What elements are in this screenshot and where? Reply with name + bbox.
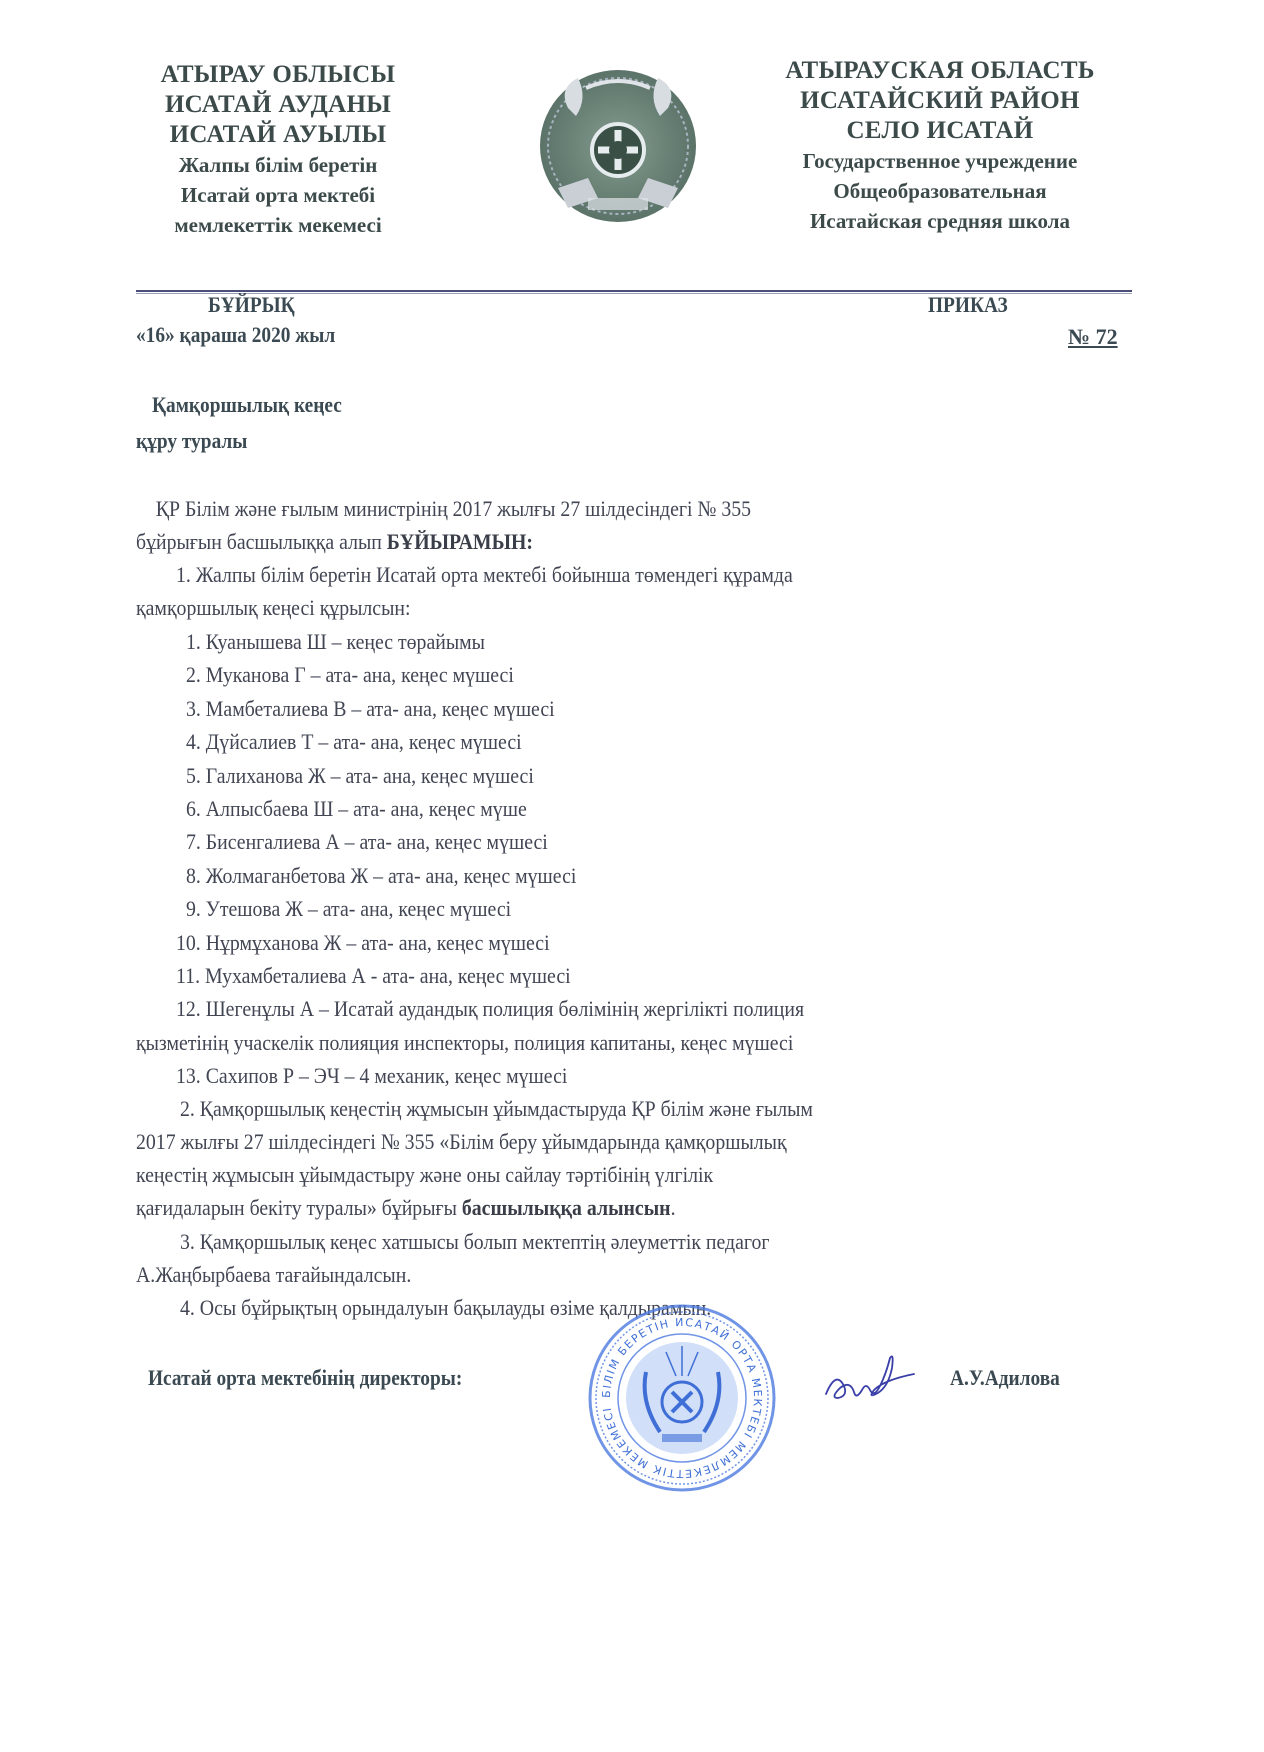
members-list: 1. Куанышева Ш – кеңес төрайымы 2. Мукан… (186, 625, 874, 1093)
org-line3-ru: Исатайская средняя школа (740, 206, 1140, 236)
district-kz: ИСАТАЙ АУДАНЫ (118, 90, 438, 120)
org-line3-kz: мемлекеттік мекемесі (118, 210, 438, 240)
item-1-text: 1. Жалпы білім беретін Исатай орта мекте… (176, 558, 793, 591)
list-item: 1. Куанышева Ш – кеңес төрайымы (186, 625, 874, 658)
org-line2-kz: Исатай орта мектебі (118, 180, 438, 210)
item-3-text-1: 3. Қамқоршылық кеңес хатшысы болып мекте… (180, 1225, 770, 1258)
item-1-text-2: қамқоршылық кеңесі құрылсын: (136, 591, 410, 624)
item-1-line-2: қамқоршылық кеңесі құрылсын: (136, 591, 1166, 624)
director-name: А.У.Адилова (950, 1365, 1060, 1391)
preamble-line-2: бұйрығын басшылыққа алып БҰЙЫРАМЫН: (136, 525, 1166, 558)
list-item: 5. Галиханова Ж – ата- ана, кеңес мүшесі (186, 759, 874, 792)
school-stamp-icon: БІЛІМ БЕРЕТІН ИСАТАЙ ОРТА МЕКТЕБІ МЕМЛЕК… (586, 1302, 778, 1494)
subject-line-2: құру туралы (136, 428, 247, 454)
list-item: 8. Жолмаганбетова Ж – ата- ана, кеңес мү… (186, 859, 874, 892)
item-2-text-2: 2017 жылғы 27 шілдесіндегі № 355 «Білім … (136, 1125, 787, 1158)
district-ru: ИСАТАЙСКИЙ РАЙОН (740, 86, 1140, 116)
list-item: 3. Мамбеталиева В – ата- ана, кеңес мүше… (186, 692, 874, 725)
order-title-ru: ПРИКАЗ (928, 292, 1008, 318)
item-3-line-1: 3. Қамқоршылық кеңес хатшысы болып мекте… (180, 1225, 1210, 1258)
village-ru: СЕЛО ИСАТАЙ (740, 116, 1140, 146)
handwritten-signature-icon (820, 1350, 930, 1410)
org-line2-ru: Общеобразовательная (740, 176, 1140, 206)
list-item: 7. Бисенгалиева А – ата- ана, кеңес мүше… (186, 825, 874, 858)
item-2-line-2: 2017 жылғы 27 шілдесіндегі № 355 «Білім … (136, 1125, 1166, 1158)
region-kz: АТЫРАУ ОБЛЫСЫ (118, 60, 438, 90)
director-title: Исатай орта мектебінің директоры: (148, 1365, 462, 1391)
village-kz: ИСАТАЙ АУЫЛЫ (118, 120, 438, 150)
org-line1-kz: Жалпы білім беретін (118, 150, 438, 180)
list-item: 13. Сахипов Р – ЭЧ – 4 механик, кеңес мү… (176, 1059, 874, 1092)
item-3-line-2: А.Жаңбырбаева тағайындалсын. (136, 1258, 1166, 1291)
item-1-line-1: 1. Жалпы білім беретін Исатай орта мекте… (176, 558, 1206, 591)
list-item: 11. Мухамбеталиева А - ата- ана, кеңес м… (176, 959, 874, 992)
preamble-text-2: бұйрығын басшылыққа алып (136, 529, 387, 554)
item-2-line-4: қағидаларын бекіту туралы» бұйрығы басшы… (136, 1191, 1166, 1224)
header-right-ru: АТЫРАУСКАЯ ОБЛАСТЬ ИСАТАЙСКИЙ РАЙОН СЕЛО… (740, 56, 1140, 236)
list-item: 2. Муканова Г – ата- ана, кеңес мүшесі (186, 658, 874, 691)
item-2-text-3: кеңестің жұмысын ұйымдастыру және оны са… (136, 1158, 713, 1191)
item-2-text-1: 2. Қамқоршылық кеңестің жұмысын ұйымдаст… (180, 1092, 813, 1125)
item-2-emphasis: басшылыққа алынсын (462, 1195, 671, 1220)
preamble-line-1: ҚР Білім және ғылым министрінің 2017 жыл… (136, 492, 1166, 525)
subject-line-1: Қамқоршылық кеңес (152, 392, 342, 418)
order-number: № 72 (1068, 324, 1118, 350)
list-item-continuation: қызметінің учаскелік полияция инспекторы… (136, 1026, 874, 1059)
item-2-period: . (671, 1195, 676, 1220)
state-emblem-icon (528, 58, 708, 228)
header-left-kz: АТЫРАУ ОБЛЫСЫ ИСАТАЙ АУДАНЫ ИСАТАЙ АУЫЛЫ… (118, 60, 438, 240)
list-item: 10. Нұрмұханова Ж – ата- ана, кеңес мүше… (176, 926, 874, 959)
item-2-text-4: қағидаларын бекіту туралы» бұйрығы (136, 1195, 462, 1220)
item-2-line-1: 2. Қамқоршылық кеңестің жұмысын ұйымдаст… (180, 1092, 1210, 1125)
org-line1-ru: Государственное учреждение (740, 146, 1140, 176)
order-title-kz: БҰЙРЫҚ (208, 292, 295, 318)
item-3-text-2: А.Жаңбырбаева тағайындалсын. (136, 1258, 411, 1291)
list-item: 4. Дүйсалиев Т – ата- ана, кеңес мүшесі (186, 725, 874, 758)
item-2-line-3: кеңестің жұмысын ұйымдастыру және оны са… (136, 1158, 1166, 1191)
list-item: 9. Утешова Ж – ата- ана, кеңес мүшесі (186, 892, 874, 925)
list-item: 6. Алпысбаева Ш – ата- ана, кеңес мүше (186, 792, 874, 825)
region-ru: АТЫРАУСКАЯ ОБЛАСТЬ (740, 56, 1140, 86)
preamble-text: ҚР Білім және ғылым министрінің 2017 жыл… (136, 492, 751, 525)
list-item: 12. Шегенұлы А – Исатай аудандық полиция… (176, 992, 874, 1025)
order-date: «16» қараша 2020 жыл (136, 322, 335, 348)
order-verb: БҰЙЫРАМЫН: (387, 529, 533, 554)
